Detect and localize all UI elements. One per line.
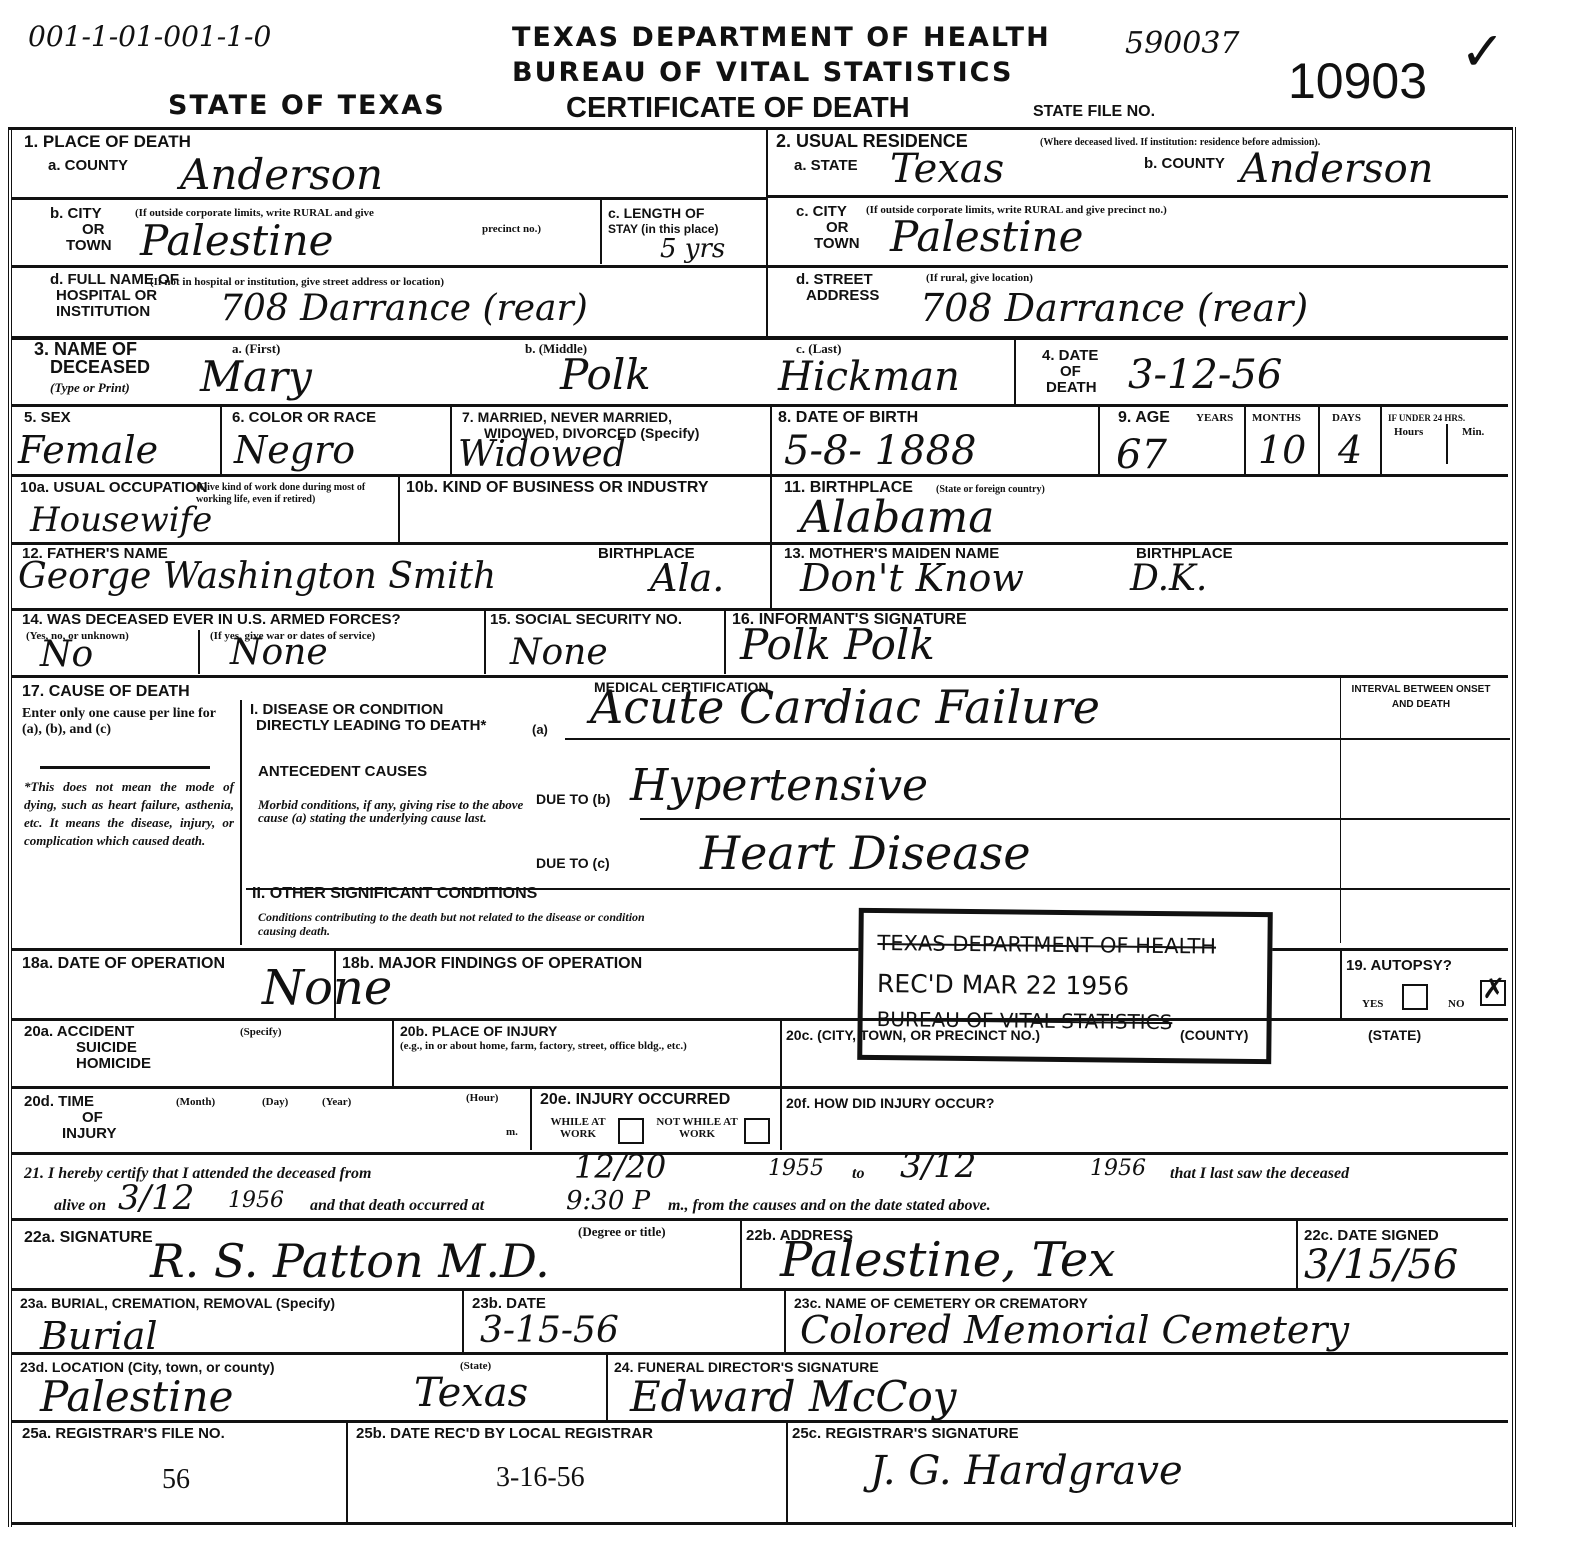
label-dob: 8. DATE OF BIRTH xyxy=(778,410,918,425)
note-place-of-injury: (e.g., in or about home, farm, factory, … xyxy=(400,1040,770,1052)
label-injury-county: (COUNTY) xyxy=(1180,1028,1248,1043)
field-last-alive: 3/12 xyxy=(118,1178,194,1218)
label-time-2: OF xyxy=(82,1110,103,1125)
label-date-of-operation: 18a. DATE OF OPERATION xyxy=(22,956,225,971)
label-sex: 5. SEX xyxy=(24,410,71,425)
label-ssn: 15. SOCIAL SECURITY NO. xyxy=(490,612,682,627)
field-death-city: Palestine xyxy=(140,216,333,265)
checkbox-autopsy-no[interactable]: ✗ xyxy=(1480,980,1506,1006)
label-place-of-injury: 20b. PLACE OF INJURY xyxy=(400,1024,557,1039)
state-file-label: STATE FILE NO. xyxy=(1033,104,1155,119)
field-residence-street: 708 Darrance (rear) xyxy=(920,286,1308,330)
field-cause-b: Hypertensive xyxy=(630,760,928,811)
note-street: (If rural, give location) xyxy=(926,272,1033,284)
field-physician-signature: R. S. Patton M.D. xyxy=(150,1234,550,1288)
field-mother-birthplace: D.K. xyxy=(1130,558,1207,599)
divider xyxy=(40,766,210,769)
text-death-occurred: and that death occurred at xyxy=(310,1198,484,1214)
label-age: 9. AGE xyxy=(1118,410,1170,425)
label-date-received: 25b. DATE REC'D BY LOCAL REGISTRAR xyxy=(356,1426,653,1441)
section-label-cause: 17. CAUSE OF DEATH xyxy=(22,684,190,699)
text-certify-line-1b: that I last saw the deceased xyxy=(1170,1166,1349,1182)
label-name-1: 3. NAME OF xyxy=(34,342,137,357)
field-attended-from-year: 1955 xyxy=(768,1156,824,1181)
field-attended-from: 12/20 xyxy=(574,1148,666,1186)
field-age-months: 10 xyxy=(1258,428,1306,472)
field-date-of-birth: 5-8- 1888 xyxy=(784,428,976,474)
label-business: 10b. KIND OF BUSINESS OR INDUSTRY xyxy=(406,480,709,495)
field-death-county: Anderson xyxy=(180,150,383,199)
stamp-date: REC'D MAR 22 1956 xyxy=(877,969,1129,1001)
label-while-at-work: WHILE AT WORK xyxy=(542,1116,614,1140)
field-residence-state: Texas xyxy=(890,146,1004,192)
state-heading: STATE OF TEXAS xyxy=(168,90,446,121)
field-date-received: 3-16-56 xyxy=(496,1462,585,1494)
label-occupation: 10a. USUAL OCCUPATION xyxy=(20,480,208,495)
label-registrar-signature: 25c. REGISTRAR'S SIGNATURE xyxy=(792,1426,1019,1441)
stamp-line-1: TEXAS DEPARTMENT OF HEALTH xyxy=(877,931,1216,959)
handwritten-reference: 590037 xyxy=(1125,26,1240,61)
field-last-name: Hickman xyxy=(778,354,960,400)
field-death-time: 9:30 P xyxy=(566,1186,650,1216)
field-location-state: Texas xyxy=(414,1370,528,1416)
label-interval: INTERVAL BETWEEN ONSET AND DEATH xyxy=(1346,682,1496,712)
label-homicide: HOMICIDE xyxy=(76,1056,151,1071)
label-race: 6. COLOR OR RACE xyxy=(232,410,376,425)
label-injury-city: 20c. (CITY, TOWN, OR PRECINCT NO.) xyxy=(786,1028,1040,1043)
agency-line-1: TEXAS DEPARTMENT OF HEALTH xyxy=(512,22,1051,53)
field-age-years: 67 xyxy=(1116,432,1167,478)
label-residence-state: a. STATE xyxy=(794,158,858,173)
note-hospital: (If not in hospital or institution, give… xyxy=(150,276,444,288)
field-cause-c: Heart Disease xyxy=(700,826,1031,880)
label-dod-1: 4. DATE xyxy=(1042,348,1098,363)
field-race: Negro xyxy=(234,428,355,472)
label-part2: II. OTHER SIGNIFICANT CONDITIONS xyxy=(252,886,537,901)
handwritten-index-code: 001-1-01-001-1-0 xyxy=(28,20,271,53)
label-dod-3: DEATH xyxy=(1046,380,1097,395)
label-months: MONTHS xyxy=(1252,412,1301,424)
label-hospital-3: INSTITUTION xyxy=(56,304,150,319)
note-occupation: (Give kind of work done during most of w… xyxy=(196,482,396,506)
field-occupation: Housewife xyxy=(30,500,212,540)
field-father-birthplace: Ala. xyxy=(650,556,724,600)
label-burial-date: 23b. DATE xyxy=(472,1296,546,1311)
label-name-2: DECEASED xyxy=(50,360,150,375)
label-registrar-file: 25a. REGISTRAR'S FILE NO. xyxy=(22,1426,225,1441)
label-marital-1: 7. MARRIED, NEVER MARRIED, xyxy=(462,410,672,425)
label-cause-b: DUE TO (b) xyxy=(536,792,610,807)
label-town: TOWN xyxy=(814,236,860,251)
field-residence-county: Anderson xyxy=(1240,146,1433,192)
field-registrar-file-no: 56 xyxy=(162,1464,190,1496)
text-certify-line-1: 21. I hereby certify that I attended the… xyxy=(24,1166,372,1182)
label-degree: (Degree or title) xyxy=(578,1226,666,1238)
field-father-name: George Washington Smith xyxy=(18,556,496,597)
label-month: (Month) xyxy=(176,1096,215,1108)
field-residence-city: Palestine xyxy=(890,212,1083,261)
field-operation: None xyxy=(262,960,392,1016)
label-county: a. COUNTY xyxy=(48,158,128,173)
label-cause-a: (a) xyxy=(532,722,548,737)
field-ssn: None xyxy=(510,632,608,673)
checkbox-not-while-at-work[interactable] xyxy=(744,1118,770,1144)
divider xyxy=(766,130,768,337)
label-residence-city: c. CITY xyxy=(796,204,847,219)
label-not-while-at-work: NOT WHILE AT WORK xyxy=(654,1116,740,1140)
note-antecedent: Morbid conditions, if any, giving rise t… xyxy=(258,798,538,824)
note-precinct: precinct no.) xyxy=(482,223,541,235)
note-specify: (Specify) xyxy=(240,1026,282,1038)
note-cause-instructions: Enter only one cause per line for (a), (… xyxy=(22,706,232,738)
label-hour: (Hour) xyxy=(466,1092,498,1104)
note-cause-footnote: *This does not mean the mode of dying, s… xyxy=(24,778,234,850)
agency-line-2: BUREAU OF VITAL STATISTICS xyxy=(512,57,1013,88)
label-accident: 20a. ACCIDENT xyxy=(24,1024,134,1039)
text-certify-line-2c: m., from the causes and on the date stat… xyxy=(668,1198,991,1214)
field-burial-date: 3-15-56 xyxy=(480,1310,619,1351)
label-antecedent: ANTECEDENT CAUSES xyxy=(258,764,427,779)
label-city: b. CITY xyxy=(50,206,102,221)
field-armed-service: None xyxy=(230,632,328,673)
field-attended-to-year: 1956 xyxy=(1090,1156,1146,1181)
label-town: TOWN xyxy=(66,238,112,253)
label-or: OR xyxy=(82,222,105,237)
label-residence-county: b. COUNTY xyxy=(1144,156,1225,171)
label-armed-forces: 14. WAS DECEASED EVER IN U.S. ARMED FORC… xyxy=(22,612,401,627)
label-autopsy-yes: YES xyxy=(1362,998,1383,1010)
field-length-of-stay: 5 yrs xyxy=(660,234,725,264)
field-informant-signature: Polk Polk xyxy=(740,620,935,669)
label-burial-type: 23a. BURIAL, CREMATION, REMOVAL (Specify… xyxy=(20,1296,335,1311)
checkbox-autopsy-yes[interactable] xyxy=(1402,984,1428,1010)
field-physician-address: Palestine, Tex xyxy=(780,1232,1115,1288)
label-street-2: ADDRESS xyxy=(806,288,879,303)
field-attended-to: 3/12 xyxy=(900,1146,976,1186)
field-first-name: Mary xyxy=(200,352,312,401)
page-title: CERTIFICATE OF DEATH xyxy=(566,92,910,125)
label-autopsy-no: NO xyxy=(1448,998,1465,1010)
label-part1-1: I. DISEASE OR CONDITION xyxy=(250,702,443,717)
label-year: (Year) xyxy=(322,1096,351,1108)
section-label-place-of-death: 1. PLACE OF DEATH xyxy=(24,134,191,149)
label-years: YEARS xyxy=(1196,412,1233,424)
label-time-3: INJURY xyxy=(62,1126,116,1141)
rule xyxy=(8,127,1512,130)
field-birthplace: Alabama xyxy=(800,492,994,543)
label-signature: 22a. SIGNATURE xyxy=(24,1230,153,1245)
label-suicide: SUICIDE xyxy=(76,1040,137,1055)
text-to: to xyxy=(852,1166,864,1182)
field-age-days: 4 xyxy=(1338,428,1362,472)
label-name-3: (Type or Print) xyxy=(50,380,130,396)
checkbox-while-at-work[interactable] xyxy=(618,1118,644,1144)
field-armed-forces: No xyxy=(40,634,93,675)
field-middle-name: Polk xyxy=(560,350,651,399)
label-street-1: d. STREET xyxy=(796,272,873,287)
label-time-1: 20d. TIME xyxy=(24,1094,94,1109)
field-date-of-death: 3-12-56 xyxy=(1128,352,1282,398)
label-dod-2: OF xyxy=(1060,364,1081,379)
label-days: DAYS xyxy=(1332,412,1361,424)
field-location-city: Palestine xyxy=(40,1372,233,1421)
field-last-alive-year: 1956 xyxy=(228,1188,284,1213)
label-part1-2: DIRECTLY LEADING TO DEATH* xyxy=(256,718,486,733)
label-hours: Hours xyxy=(1394,426,1423,438)
field-funeral-director: Edward McCoy xyxy=(630,1372,957,1421)
label-hospital-2: HOSPITAL OR xyxy=(56,288,157,303)
state-file-number: 10903 xyxy=(1288,52,1427,110)
label-m: m. xyxy=(506,1126,518,1138)
label-length-of-stay: c. LENGTH OF xyxy=(608,206,704,221)
label-under-24: IF UNDER 24 HRS. xyxy=(1388,412,1465,424)
label-cause-c: DUE TO (c) xyxy=(536,856,610,871)
note-part2: Conditions contributing to the death but… xyxy=(258,910,658,938)
label-injury-occurred: 20e. INJURY OCCURRED xyxy=(540,1092,730,1107)
label-day: (Day) xyxy=(262,1096,288,1108)
field-registrar-signature: J. G. Hardgrave xyxy=(870,1448,1183,1494)
label-or: OR xyxy=(826,220,849,235)
field-hospital: 708 Darrance (rear) xyxy=(220,288,588,329)
field-cause-a: Acute Cardiac Failure xyxy=(590,680,1100,734)
label-how-injury: 20f. HOW DID INJURY OCCUR? xyxy=(786,1096,994,1111)
label-autopsy: 19. AUTOPSY? xyxy=(1346,958,1452,973)
field-cemetery: Colored Memorial Cemetery xyxy=(800,1308,1349,1352)
label-min: Min. xyxy=(1462,426,1484,438)
field-marital-status: Widowed xyxy=(458,434,626,475)
label-injury-state: (STATE) xyxy=(1368,1028,1421,1043)
field-mother-name: Don't Know xyxy=(800,556,1024,600)
field-sex: Female xyxy=(18,428,158,472)
field-date-signed: 3/15/56 xyxy=(1304,1242,1458,1288)
checkmark-icon: ✓ xyxy=(1460,20,1505,83)
label-date-signed: 22c. DATE SIGNED xyxy=(1304,1228,1439,1243)
text-alive-on: alive on xyxy=(54,1198,106,1214)
